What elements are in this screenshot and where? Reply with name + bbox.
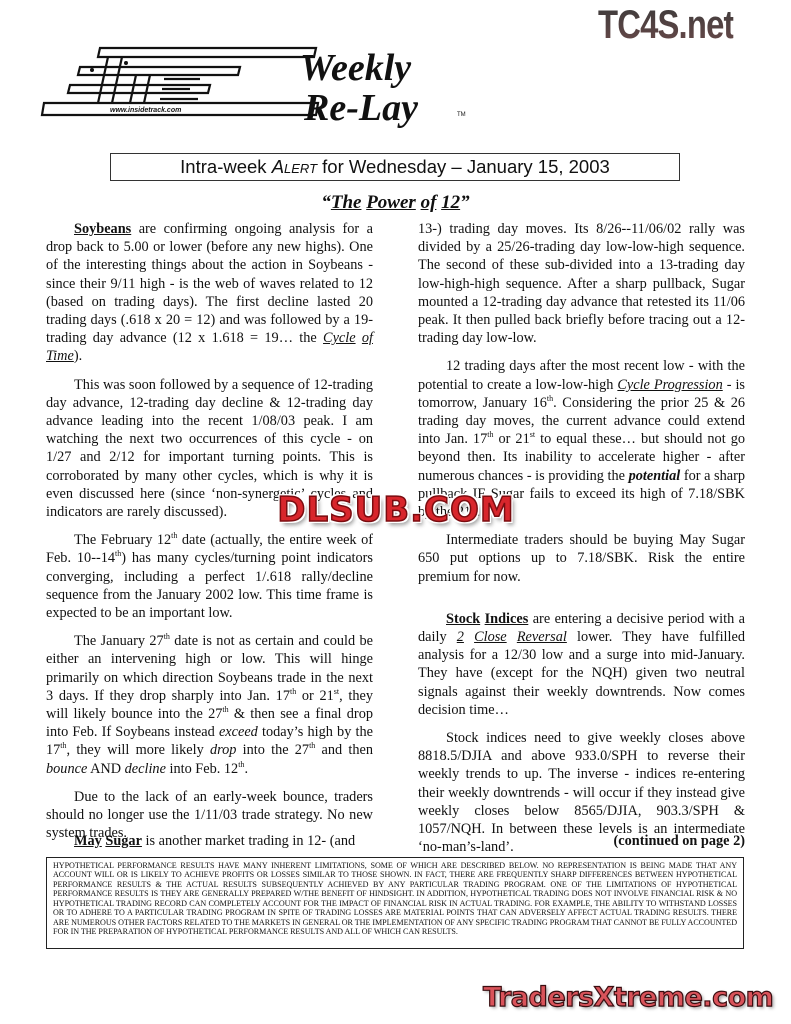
section-lead-may: May bbox=[74, 833, 102, 849]
insidetrack-logo: www.insidetrack.com bbox=[40, 45, 320, 120]
section-lead-soybeans: Soybeans bbox=[74, 221, 131, 237]
term-time: Time bbox=[46, 348, 74, 364]
t: into Feb. 12 bbox=[166, 761, 238, 777]
section-lead-stock: Stock bbox=[446, 611, 480, 627]
term-2: 2 bbox=[457, 629, 464, 645]
term-cycle: Cycle bbox=[323, 330, 356, 346]
t: or 21 bbox=[296, 688, 334, 704]
headline-word: The bbox=[331, 192, 362, 213]
headline-word: Power bbox=[366, 192, 416, 213]
emphasis: decline bbox=[125, 761, 166, 777]
paragraph-intermediate-traders: Intermediate traders should be buying Ma… bbox=[418, 531, 745, 586]
paragraph-stock-indices: Stock Indices are entering a decisive pe… bbox=[418, 610, 745, 719]
logo-title: Weekly Re-Lay bbox=[300, 48, 418, 128]
tc4s-watermark: TC4S.net bbox=[598, 2, 734, 48]
headline-word: 12 bbox=[441, 192, 460, 213]
t: lower. They have fulfilled analysis for … bbox=[418, 629, 745, 718]
paragraph-text: are confirming ongoing analysis for a dr… bbox=[46, 221, 373, 346]
trademark-mark: TM bbox=[457, 112, 466, 118]
paragraph-sugar-continued: 13-) trading day moves. Its 8/26--11/06/… bbox=[418, 220, 745, 347]
emphasis: drop bbox=[210, 742, 236, 758]
t: is another market trading in 12- (and bbox=[142, 833, 355, 849]
t: , they will more likely bbox=[67, 742, 210, 758]
paragraph-january: The January 27th date is not as certain … bbox=[46, 632, 373, 778]
logo-title-weekly: Weekly bbox=[300, 47, 411, 89]
paragraph-soybeans-intro: Soybeans are confirming ongoing analysis… bbox=[46, 220, 373, 366]
alert-prefix: Intra-week bbox=[180, 156, 272, 177]
alert-banner: Intra-week Alert for Wednesday – January… bbox=[110, 153, 680, 181]
headline-word: of bbox=[421, 192, 437, 213]
term-close: Close bbox=[474, 629, 507, 645]
term-cycle-progression: Cycle Progression bbox=[617, 377, 722, 393]
emphasis-potential: potential bbox=[629, 468, 681, 484]
term-of: of bbox=[362, 330, 373, 346]
quote-close: ” bbox=[460, 192, 470, 213]
paragraph-may-sugar-lead: May Sugar is another market trading in 1… bbox=[46, 832, 386, 850]
column-left: Soybeans are confirming ongoing analysis… bbox=[46, 220, 373, 853]
term-reversal: Reversal bbox=[517, 629, 567, 645]
disclaimer-box: Hypothetical performance results have ma… bbox=[46, 857, 744, 949]
tradersxtreme-watermark: TradersXtreme.com bbox=[483, 980, 773, 1016]
logo-title-relay: Re-Lay bbox=[304, 88, 418, 128]
emphasis: bounce bbox=[46, 761, 87, 777]
t: The January 27 bbox=[74, 633, 164, 649]
dlsub-watermark: DLSUB.COM bbox=[258, 490, 534, 530]
alert-word: Alert bbox=[272, 156, 317, 177]
t: into the 27 bbox=[236, 742, 309, 758]
paragraph-february: The February 12th date (actually, the en… bbox=[46, 531, 373, 622]
t: or 21 bbox=[493, 431, 529, 447]
page-title: “The Power of 12” bbox=[0, 191, 791, 215]
continued-note: (continued on page 2) bbox=[560, 832, 745, 850]
section-lead-sugar: Sugar bbox=[105, 833, 142, 849]
column-right: 13-) trading day moves. Its 8/26--11/06/… bbox=[418, 220, 745, 867]
quote-open: “ bbox=[321, 192, 331, 213]
section-lead-indices: Indices bbox=[485, 611, 529, 627]
paragraph-text: ). bbox=[74, 348, 82, 364]
alert-suffix: for Wednesday – January 15, 2003 bbox=[317, 156, 610, 177]
t: The February 12 bbox=[74, 532, 171, 548]
t: and then bbox=[315, 742, 373, 758]
t: AND bbox=[87, 761, 124, 777]
logo-url: www.insidetrack.com bbox=[110, 107, 181, 114]
t: . bbox=[244, 761, 248, 777]
emphasis: exceed bbox=[219, 724, 258, 740]
